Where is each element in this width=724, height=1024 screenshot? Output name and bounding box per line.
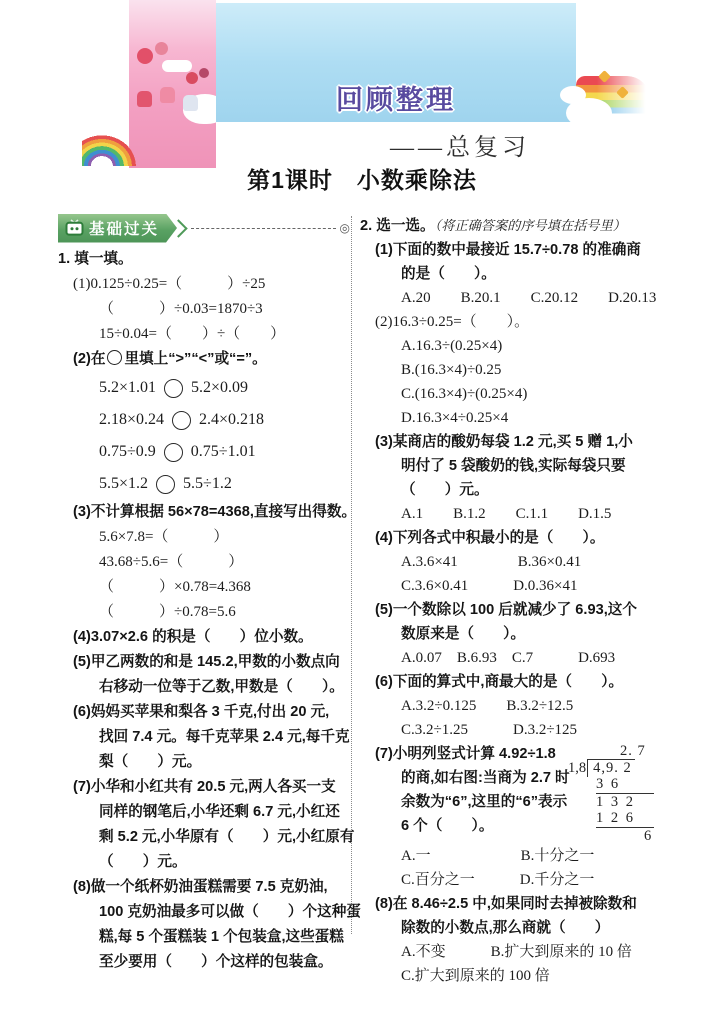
left-expression: 5.5×1.2	[99, 475, 148, 493]
lesson-title: 第1课时 小数乘除法	[0, 162, 724, 195]
right-expression: 2.4×0.218	[199, 411, 264, 429]
text-line: （ ）×0.78=4.368	[58, 575, 350, 600]
division-divisor: 1,8	[568, 760, 587, 776]
text-line: (2)在里填上“>”“<”或“=”。	[58, 347, 350, 372]
text-line: A.3.2÷0.125 B.3.2÷12.5	[360, 694, 668, 718]
division-step: 1 3 2	[596, 794, 654, 811]
text-line: (2)16.3÷0.25=（ ）。	[360, 310, 668, 334]
text-line: (7)小华和小红共有 20.5 元,两人各买一支	[58, 775, 350, 800]
workbook-page: 回顾整理 ——总复习 第1课时 小数乘除法 基础过关 ◎ 1	[0, 0, 724, 1024]
header-right-decoration	[566, 72, 656, 140]
text-line: 剩 5.2 元,小华原有（ ）元,小红原有	[58, 825, 350, 850]
rainbow-icon	[82, 130, 144, 166]
right-expression: 0.75÷1.01	[191, 443, 256, 461]
title-text: 2. 选一选。	[360, 218, 435, 234]
text-line: (1)0.125÷0.25=（ ）÷25	[58, 272, 350, 297]
question-7-text: (7)小明列竖式计算 4.92÷1.8 的商,如右图:当商为 2.7 时 余数为…	[360, 742, 568, 838]
text-line: A.16.3÷(0.25×4)	[360, 334, 668, 358]
text-line: A.3.6×41 B.36×0.41	[360, 550, 668, 574]
mascot-icon	[65, 219, 84, 236]
left-expression: 5.2×1.01	[99, 379, 156, 397]
right-expression: 5.2×0.09	[191, 379, 248, 397]
text-line: 找回 7.4 元。每千克苹果 2.4 元,每千克	[58, 725, 350, 750]
compare-row: 2.18×0.24 2.4×0.218	[58, 404, 350, 436]
text-line: B.(16.3×4)÷0.25	[360, 358, 668, 382]
text-line: 梨（ ）元。	[58, 750, 350, 775]
text-line: (6)妈妈买苹果和梨各 3 千克,付出 20 元,	[58, 700, 350, 725]
text-segment: 里填上“>”“<”或“=”。	[124, 351, 266, 367]
title-note: （将正确答案的序号填在括号里）	[435, 218, 626, 233]
page-subtitle: ——总复习	[390, 127, 530, 162]
division-quotient: 2. 7	[568, 743, 666, 760]
text-line: 数原来是（ ）。	[360, 622, 668, 646]
section-badge: 基础过关	[58, 214, 177, 243]
blank-circle-icon	[107, 350, 122, 365]
text-line: C.3.2÷1.25 D.3.2÷125	[360, 718, 668, 742]
left-expression: 0.75÷0.9	[99, 443, 156, 461]
text-line: C.扩大到原来的 100 倍	[360, 964, 668, 988]
compare-circle	[172, 411, 191, 430]
text-line: (8)做一个纸杯奶油蛋糕需要 7.5 克奶油,	[58, 875, 350, 900]
text-line: （ ）÷0.03=1870÷3	[58, 297, 350, 322]
text-line: 除数的小数点,那么商就（ ）	[360, 916, 668, 940]
right-column: 2. 选一选。（将正确答案的序号填在括号里） (1)下面的数中最接近 15.7÷…	[360, 214, 668, 988]
balloon-icon	[155, 42, 168, 55]
division-bracket-row: 1,84,9. 2	[568, 760, 666, 777]
text-line: 右移动一位等于乙数,甲数是（ ）。	[58, 675, 350, 700]
text-line: 43.68÷5.6=（ ）	[58, 550, 350, 575]
text-line: 糕,每 5 个蛋糕装 1 个包装盒,这些蛋糕	[58, 925, 350, 950]
text-line: A.20 B.20.1 C.20.12 D.20.13	[360, 286, 668, 310]
text-line: (6)下面的算式中,商最大的是（ ）。	[360, 670, 668, 694]
connector-end-icon: ◎	[340, 222, 350, 234]
text-line: 100 克奶油最多可以做（ ）个这种蛋	[58, 900, 350, 925]
text-line: (7)小明列竖式计算 4.92÷1.8	[360, 742, 568, 766]
compare-row: 5.2×1.01 5.2×0.09	[58, 372, 350, 404]
text-line: C.3.6×0.41 D.0.36×41	[360, 574, 668, 598]
text-line: （ ）元。	[360, 478, 668, 502]
division-step: 3 6	[596, 776, 654, 794]
question-1-title: 1. 填一填。	[58, 247, 350, 272]
cloud-icon	[566, 98, 612, 128]
text-line: 6 个（ ）。	[360, 814, 568, 838]
division-remainder: 6	[568, 828, 666, 845]
compare-circle	[164, 443, 183, 462]
text-line: C.百分之一 D.千分之一	[360, 868, 668, 892]
text-line: A.0.07 B.6.93 C.7 D.693	[360, 646, 668, 670]
text-line: (1)下面的数中最接近 15.7÷0.78 的准确商	[360, 238, 668, 262]
compare-row: 5.5×1.2 5.5÷1.2	[58, 468, 350, 500]
text-line: 余数为“6”,这里的“6”表示	[360, 790, 568, 814]
question-2-title: 2. 选一选。（将正确答案的序号填在括号里）	[360, 214, 668, 238]
section-header: 基础过关 ◎	[58, 214, 350, 242]
text-line: (8)在 8.46÷2.5 中,如果同时去掉被除数和	[360, 892, 668, 916]
left-expression: 2.18×0.24	[99, 411, 164, 429]
text-line: (4)3.07×2.6 的积是（ ）位小数。	[58, 625, 350, 650]
text-line: C.(16.3×4)÷(0.25×4)	[360, 382, 668, 406]
cloud-icon	[162, 60, 192, 72]
text-line: A.1 B.1.2 C.1.1 D.1.5	[360, 502, 668, 526]
compare-circle	[164, 379, 183, 398]
dashed-connector	[191, 228, 336, 229]
text-line: （ ）元。	[58, 850, 350, 875]
balloon-icon	[186, 72, 198, 84]
text-line: A.不变 B.扩大到原来的 10 倍	[360, 940, 668, 964]
long-division-figure: 2. 7 1,84,9. 2 3 6 1 3 2 1 2 6 6	[568, 743, 666, 844]
badge-label: 基础过关	[89, 217, 159, 239]
compare-row: 0.75÷0.9 0.75÷1.01	[58, 436, 350, 468]
text-line: 明付了 5 袋酸奶的钱,实际每袋只要	[360, 454, 668, 478]
text-line: A.一 B.十分之一	[360, 844, 668, 868]
left-column: 基础过关 ◎ 1. 填一填。 (1)0.125÷0.25=（ ）÷25 （ ）÷…	[58, 214, 350, 975]
division-dividend: 4,9. 2	[587, 759, 635, 777]
text-segment: (2)在	[73, 351, 105, 367]
text-line: 15÷0.04=（ ）÷（ ）	[58, 322, 350, 347]
text-line: D.16.3×4÷0.25×4	[360, 406, 668, 430]
text-line: 的商,如右图:当商为 2.7 时	[360, 766, 568, 790]
text-line: （ ）÷0.78=5.6	[58, 600, 350, 625]
division-step: 1 2 6	[596, 810, 654, 828]
text-line: 的是（ ）。	[360, 262, 668, 286]
text-line: (3)某商店的酸奶每袋 1.2 元,买 5 赠 1,小	[360, 430, 668, 454]
text-line: (3)不计算根据 56×78=4368,直接写出得数。	[58, 500, 350, 525]
text-line: 同样的钢笔后,小华还剩 6.7 元,小红还	[58, 800, 350, 825]
text-line: 至少要用（ ）个这样的包装盒。	[58, 950, 350, 975]
text-line: (4)下列各式中积最小的是（ ）。	[360, 526, 668, 550]
text-line: (5)甲乙两数的和是 145.2,甲数的小数点向	[58, 650, 350, 675]
compare-circle	[156, 475, 175, 494]
child-figure-icon	[183, 96, 198, 111]
right-expression: 5.5÷1.2	[183, 475, 232, 493]
balloon-icon	[199, 68, 209, 78]
child-figure-icon	[137, 92, 152, 107]
banner-title: 回顾整理	[216, 78, 576, 117]
text-line: 5.6×7.8=（ ）	[58, 525, 350, 550]
text-line: (5)一个数除以 100 后就减少了 6.93,这个	[360, 598, 668, 622]
header-blue-banner: 回顾整理	[216, 3, 576, 122]
child-figure-icon	[160, 88, 175, 103]
balloon-icon	[137, 48, 153, 64]
question-7-block: (7)小明列竖式计算 4.92÷1.8 的商,如右图:当商为 2.7 时 余数为…	[360, 742, 668, 844]
